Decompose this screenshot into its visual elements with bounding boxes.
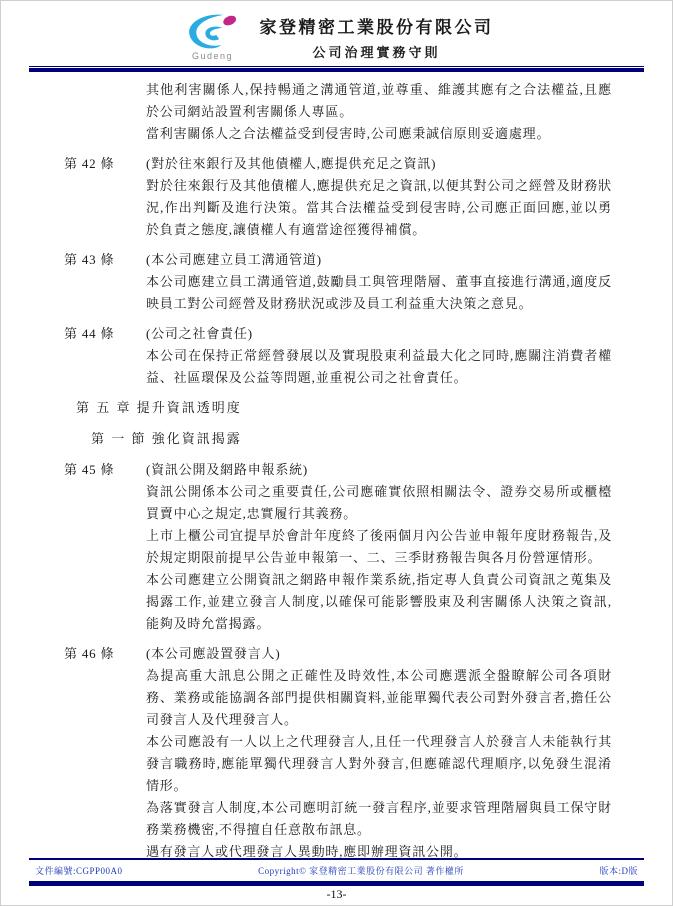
gudeng-logo-icon (184, 12, 242, 52)
paragraph: 上市上櫃公司宜提早於會計年度終了後兩個月內公告並申報年度財務報告,及於規定期限前… (146, 525, 612, 569)
article-caption: (本公司應建立員工溝通管道) (146, 249, 612, 271)
logo-wordmark: Gudeng (192, 51, 233, 61)
article-caption: (資訊公開及網路申報系統) (146, 459, 612, 481)
paragraph: 本公司應建立員工溝通管道,鼓勵員工與管理階層、董事直接進行溝通,適度反映員工對公… (146, 271, 612, 315)
logo-inner-hook-shape (205, 27, 222, 41)
paragraph: 資訊公開係本公司之重要責任,公司應確實依照相關法令、證券交易所或櫃檯買賣中心之規… (146, 481, 612, 525)
document-body: 其他利害關係人,保持暢通之溝通管道,並尊重、維護其應有之合法權益,且應於公司網站… (1, 72, 672, 863)
paragraph: 當利害關係人之合法權益受到侵害時,公司應秉誠信原則妥適處理。 (146, 123, 612, 145)
document-title: 公司治理實務守則 (260, 42, 494, 61)
paragraph: 本公司應設有一人以上之代理發言人,且任一代理發言人於發言人未能執行其發言職務時,… (146, 731, 612, 797)
document-page: Gudeng 家登精密工業股份有限公司 公司治理實務守則 其他利害關係人,保持暢… (0, 0, 673, 906)
page-footer: 文件編號:CGPP00A0 Copyright© 家登精密工業股份有限公司 著作… (1, 858, 672, 905)
article-caption: (對於往來銀行及其他債權人,應提供充足之資訊) (146, 153, 612, 175)
paragraph: 為落實發言人制度,本公司應明訂統一發言程序,並要求管理階層與員工保守財務業務機密… (146, 797, 612, 841)
paragraph: 對於往來銀行及其他債權人,應提供充足之資訊,以便其對公司之經營及財務狀況,作出判… (146, 175, 612, 241)
article-42: 第 42 條 (對於往來銀行及其他債權人,應提供充足之資訊) 對於往來銀行及其他… (64, 153, 612, 241)
copyright-notice: Copyright© 家登精密工業股份有限公司 著作權所 (123, 864, 600, 877)
version-label: 版本:D版 (599, 864, 638, 877)
article-44: 第 44 條 (公司之社會責任) 本公司在保持正常經營發展以及實現股東利益最大化… (64, 323, 612, 389)
article-caption: (公司之社會責任) (146, 323, 612, 345)
page-header: Gudeng 家登精密工業股份有限公司 公司治理實務守則 (1, 1, 672, 61)
article-number: 第 43 條 (64, 249, 146, 315)
company-name: 家登精密工業股份有限公司 (260, 13, 494, 38)
paragraph: 其他利害關係人,保持暢通之溝通管道,並尊重、維護其應有之合法權益,且應於公司網站… (146, 79, 612, 123)
paragraph: 為提高重大訊息公開之正確性及時效性,本公司應選派全盤瞭解公司各項財務、業務或能協… (146, 665, 612, 731)
continuation-paragraph: 其他利害關係人,保持暢通之溝通管道,並尊重、維護其應有之合法權益,且應於公司網站… (64, 79, 612, 145)
article-number: 第 42 條 (64, 153, 146, 241)
logo-dot-shape (221, 14, 237, 27)
article-46: 第 46 條 (本公司應設置發言人) 為提高重大訊息公開之正確性及時效性,本公司… (64, 643, 612, 863)
header-divider-thin (29, 66, 644, 67)
page-number: -13- (1, 886, 672, 905)
company-logo: Gudeng (180, 10, 246, 61)
header-title-block: 家登精密工業股份有限公司 公司治理實務守則 (260, 10, 494, 61)
chapter-heading: 第 五 章 提升資訊透明度 (76, 397, 612, 419)
article-number: 第 45 條 (64, 459, 146, 635)
article-label-spacer (64, 79, 146, 145)
article-number: 第 44 條 (64, 323, 146, 389)
article-45: 第 45 條 (資訊公開及網路申報系統) 資訊公開係本公司之重要責任,公司應確實… (64, 459, 612, 635)
article-43: 第 43 條 (本公司應建立員工溝通管道) 本公司應建立員工溝通管道,鼓勵員工與… (64, 249, 612, 315)
paragraph: 本公司在保持正常經營發展以及實現股東利益最大化之同時,應關注消費者權益、社區環保… (146, 345, 612, 389)
article-number: 第 46 條 (64, 643, 146, 863)
article-caption: (本公司應設置發言人) (146, 643, 612, 665)
section-heading: 第 一 節 強化資訊揭露 (91, 428, 612, 450)
paragraph: 本公司應建立公開資訊之網路申報作業系統,指定專人負責公司資訊之蒐集及揭露工作,並… (146, 569, 612, 635)
document-number: 文件編號:CGPP00A0 (35, 864, 123, 877)
